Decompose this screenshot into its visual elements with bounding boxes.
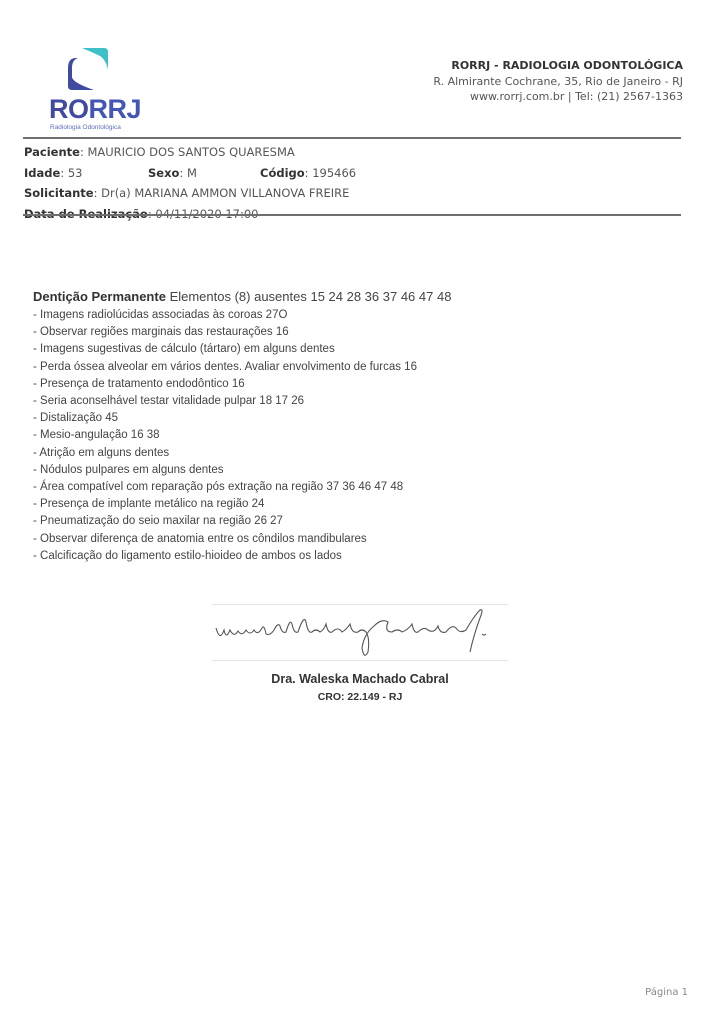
clinic-info: RORRJ - RADIOLOGIA ODONTOLÓGICA R. Almir… <box>433 58 683 105</box>
clinic-logo: RORRJ Radiologia Odontológica <box>45 44 145 134</box>
patient-info: Paciente: MAURICIO DOS SANTOS QUARESMA I… <box>24 142 349 224</box>
finding-item: - Área compatível com reparação pós extr… <box>33 479 451 496</box>
finding-item: - Distalização 45 <box>33 410 451 427</box>
patient-details-row: Idade: 53 Sexo: M Código: 195466 <box>24 163 349 184</box>
finding-item: - Seria aconselhável testar vitalidade p… <box>33 393 451 410</box>
finding-item: - Presença de implante metálico na regiã… <box>33 496 451 513</box>
patient-code: 195466 <box>312 166 356 180</box>
finding-item: - Observar diferença de anatomia entre o… <box>33 531 451 548</box>
clinic-address: R. Almirante Cochrane, 35, Rio de Janeir… <box>433 74 683 90</box>
doctor-name: Dra. Waleska Machado Cabral <box>212 672 508 686</box>
clinic-name: RORRJ - RADIOLOGIA ODONTOLÓGICA <box>433 58 683 74</box>
finding-item: - Perda óssea alveolar em vários dentes.… <box>33 359 451 376</box>
finding-item: - Pneumatização do seio maxilar na regiã… <box>33 513 451 530</box>
finding-item: - Observar regiões marginais das restaur… <box>33 324 451 341</box>
patient-age: 53 <box>68 166 83 180</box>
finding-item: - Mesio-angulação 16 38 <box>33 427 451 444</box>
patient-name: MAURICIO DOS SANTOS QUARESMA <box>87 145 294 159</box>
logo-wordmark: RORRJ <box>49 96 141 123</box>
finding-item: - Calcificação do ligamento estilo-hioid… <box>33 548 451 565</box>
rorrj-logo-mark-icon <box>66 46 110 92</box>
page-number: Página 1 <box>645 987 688 998</box>
patient-sex: M <box>187 166 197 180</box>
requester-name: Dr(a) MARIANA AMMON VILLANOVA FREIRE <box>101 186 349 200</box>
finding-item: - Presença de tratamento endodôntico 16 <box>33 376 451 393</box>
clinic-contact: www.rorrj.com.br | Tel: (21) 2567-1363 <box>433 89 683 105</box>
handwritten-signature-icon <box>212 604 508 664</box>
patient-name-row: Paciente: MAURICIO DOS SANTOS QUARESMA <box>24 142 349 163</box>
findings-heading: Dentição Permanente Elementos (8) ausent… <box>33 288 451 305</box>
patient-divider <box>23 214 681 216</box>
findings-section: Dentição Permanente Elementos (8) ausent… <box>33 288 451 565</box>
doctor-cro: CRO: 22.149 - RJ <box>212 691 508 703</box>
finding-item: - Imagens sugestivas de cálculo (tártaro… <box>33 341 451 358</box>
requester-row: Solicitante: Dr(a) MARIANA AMMON VILLANO… <box>24 183 349 204</box>
logo-subtitle: Radiologia Odontológica <box>50 124 121 131</box>
finding-item: - Atrição em alguns dentes <box>33 445 451 462</box>
finding-item: - Imagens radiolúcidas associadas às cor… <box>33 307 451 324</box>
finding-item: - Nódulos pulpares em alguns dentes <box>33 462 451 479</box>
signature-bottom-line <box>212 660 508 661</box>
header-divider <box>23 137 681 139</box>
